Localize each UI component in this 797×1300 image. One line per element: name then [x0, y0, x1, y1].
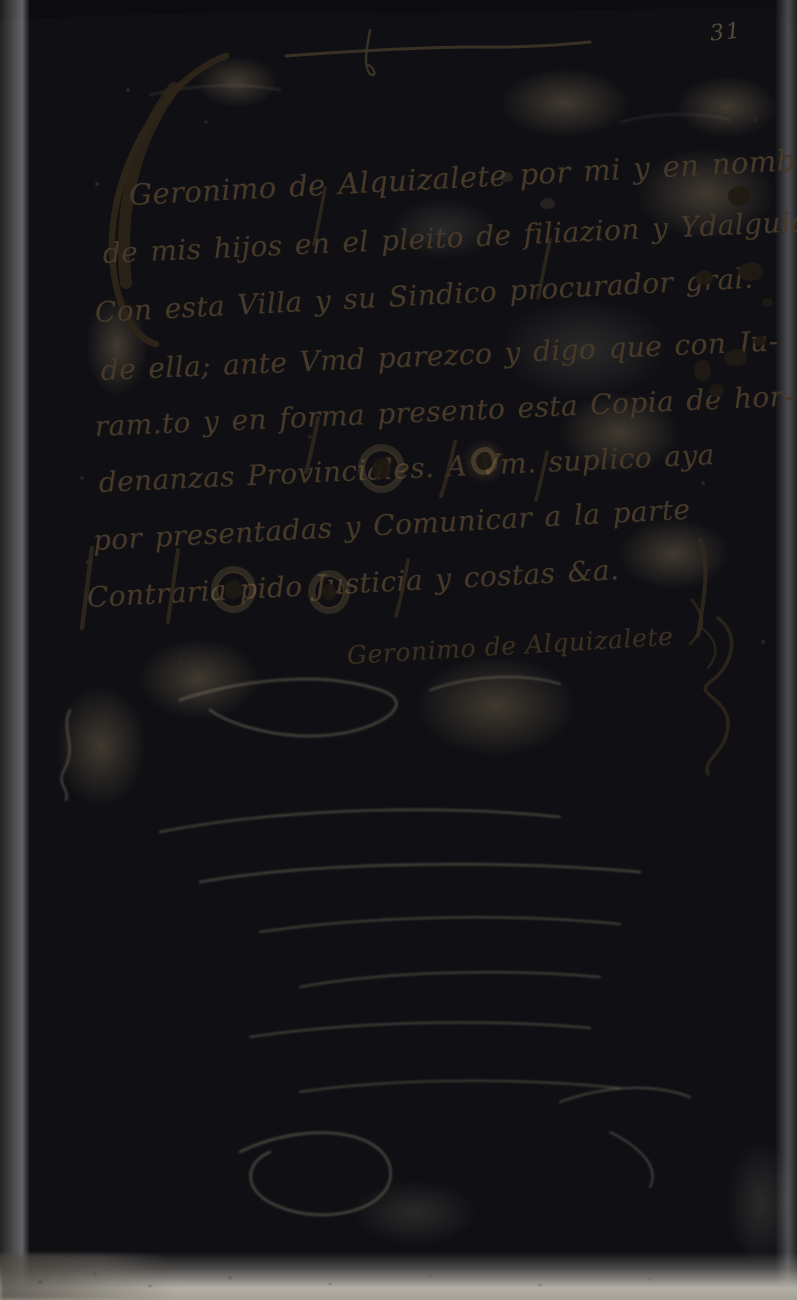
ink-blot [738, 262, 763, 281]
ink-blot [724, 349, 747, 366]
ink-blot [695, 270, 713, 285]
ink-blot [709, 384, 724, 397]
ink-smudge [500, 172, 513, 182]
ink-smudge [540, 198, 555, 209]
ink-blot [754, 336, 766, 346]
ink-blot [694, 360, 711, 381]
paper-stain [138, 638, 260, 720]
page-left-fold [0, 0, 40, 1300]
page-right-edge [775, 0, 797, 1300]
ink-blot-circled [322, 584, 336, 600]
paper-stain [500, 68, 630, 138]
ink-blot [476, 452, 492, 470]
invocation-cross-icon [278, 24, 598, 86]
ink-blot-circled [372, 458, 391, 479]
signature: Geronimo de Alquizalete [346, 622, 674, 670]
manuscript-line: Con esta Villa y su Sindico procurador g… [94, 262, 754, 329]
paper-stain [676, 76, 778, 138]
folio-number: 31 [709, 18, 743, 46]
paper-stain [618, 518, 730, 590]
ink-blot [762, 298, 773, 307]
ink-blot-circled [225, 580, 242, 599]
manuscript-line: por presentadas y Comunicar a la parte [92, 493, 691, 557]
paper-stain [415, 655, 577, 757]
paper-stain [196, 56, 278, 108]
manuscript-line: de mis hijos en el pleito de filiazion y… [102, 205, 797, 270]
manuscript-line: denanzas Provinciales. A Vm. suplico aya [98, 438, 715, 499]
manuscript-line: Contraria pido Justicia y costas &a. [86, 553, 620, 614]
manuscript-line: ram.to y en forma presento esta Copia de… [94, 380, 794, 443]
paper-stain [55, 685, 147, 807]
ink-blot [728, 186, 750, 206]
manuscript-line: de ella; ante Vmd parezco y digo que con… [100, 324, 779, 387]
scan-bottom-left-corner [0, 1254, 190, 1300]
manuscript-page: 31 Geronimo de Alquizalete por mi y en n… [0, 0, 797, 1300]
paper-stain [352, 1180, 478, 1246]
manuscript-line: Geronimo de Alquizalete por mi y en nomb… [128, 141, 797, 212]
scan-top-edge [0, 0, 797, 26]
